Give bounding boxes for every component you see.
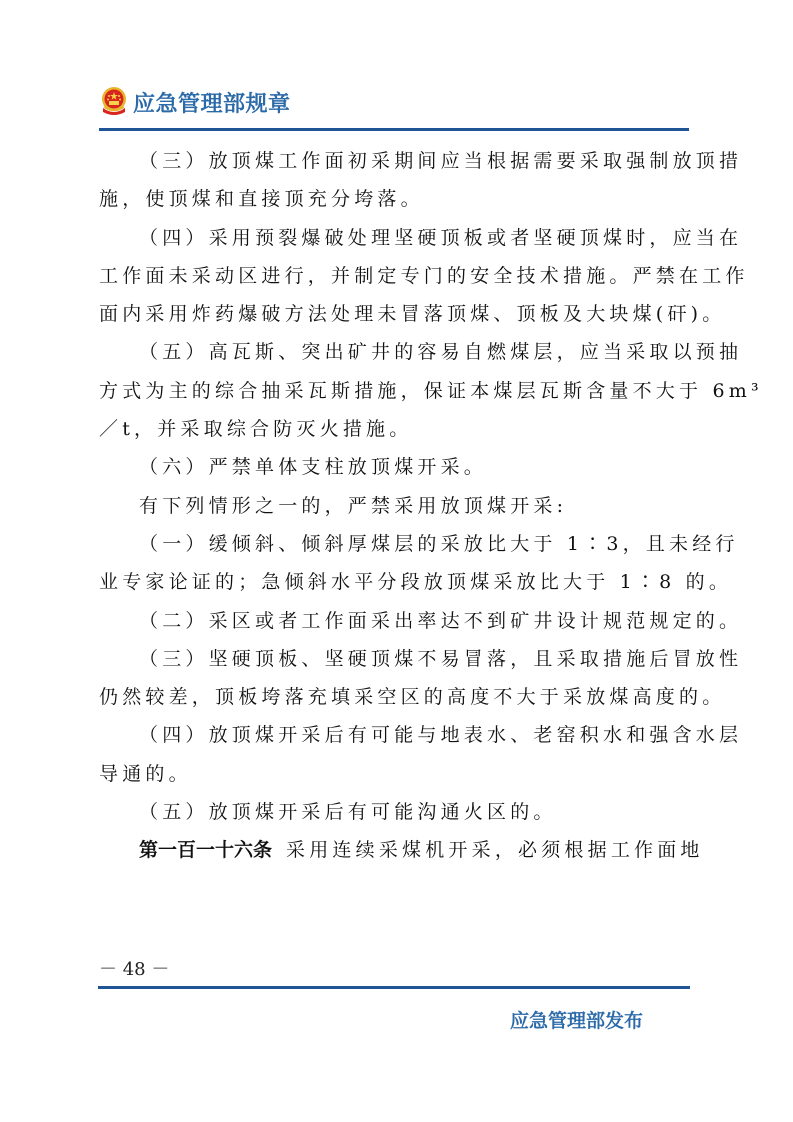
article-text: 采用连续采煤机开采，必须根据工作面地 [286, 839, 704, 861]
body-line: （二）采区或者工作面采出率达不到矿井设计规范规定的。 [99, 602, 689, 640]
body-line: 工作面未采动区进行，并制定专门的安全技术措施。严禁在工作 [99, 257, 689, 295]
article-line: 第一百一十六条采用连续采煤机开采，必须根据工作面地 [99, 831, 689, 869]
body-line: 有下列情形之一的，严禁采用放顶煤开采: [99, 487, 689, 525]
body-line: （一）缓倾斜、倾斜厚煤层的采放比大于 1∶3，且未经行 [99, 525, 689, 563]
body-line: （四）放顶煤开采后有可能与地表水、老窑积水和强含水层 [99, 716, 689, 754]
body-line: （四）采用预裂爆破处理坚硬顶板或者坚硬顶煤时，应当在 [99, 219, 689, 257]
footer-publisher: 应急管理部发布 [510, 1006, 643, 1033]
body-line: ／t，并采取综合防灭火措施。 [99, 410, 689, 448]
body-line: 仍然较差，顶板垮落充填采空区的高度不大于采放煤高度的。 [99, 678, 689, 716]
header-divider [99, 128, 689, 131]
footer-divider [98, 986, 690, 989]
body-line: （三）坚硬顶板、坚硬顶煤不易冒落，且采取措施后冒放性 [99, 640, 689, 678]
body-line: （五）高瓦斯、突出矿井的容易自燃煤层，应当采取以预抽 [99, 333, 689, 371]
body-line: （五）放顶煤开采后有可能沟通火区的。 [99, 793, 689, 831]
article-heading: 第一百一十六条 [139, 839, 272, 861]
page-number: － 48 － [99, 955, 169, 981]
body-line: 施，使顶煤和直接顶充分垮落。 [99, 180, 689, 218]
body-line: 面内采用炸药爆破方法处理未冒落顶煤、顶板及大块煤(矸)。 [99, 295, 689, 333]
body-line: 导通的。 [99, 755, 689, 793]
page-header: 应急管理部规章 [99, 84, 291, 120]
body-line: 方式为主的综合抽采瓦斯措施，保证本煤层瓦斯含量不大于 6m³ [99, 372, 689, 410]
document-body: （三）放顶煤工作面初采期间应当根据需要采取强制放顶措 施，使顶煤和直接顶充分垮落… [99, 142, 689, 870]
national-emblem-icon [99, 86, 129, 118]
body-line: （三）放顶煤工作面初采期间应当根据需要采取强制放顶措 [99, 142, 689, 180]
header-title: 应急管理部规章 [133, 87, 291, 118]
body-line: 业专家论证的；急倾斜水平分段放顶煤采放比大于 1∶8 的。 [99, 563, 689, 601]
body-line: （六）严禁单体支柱放顶煤开采。 [99, 448, 689, 486]
